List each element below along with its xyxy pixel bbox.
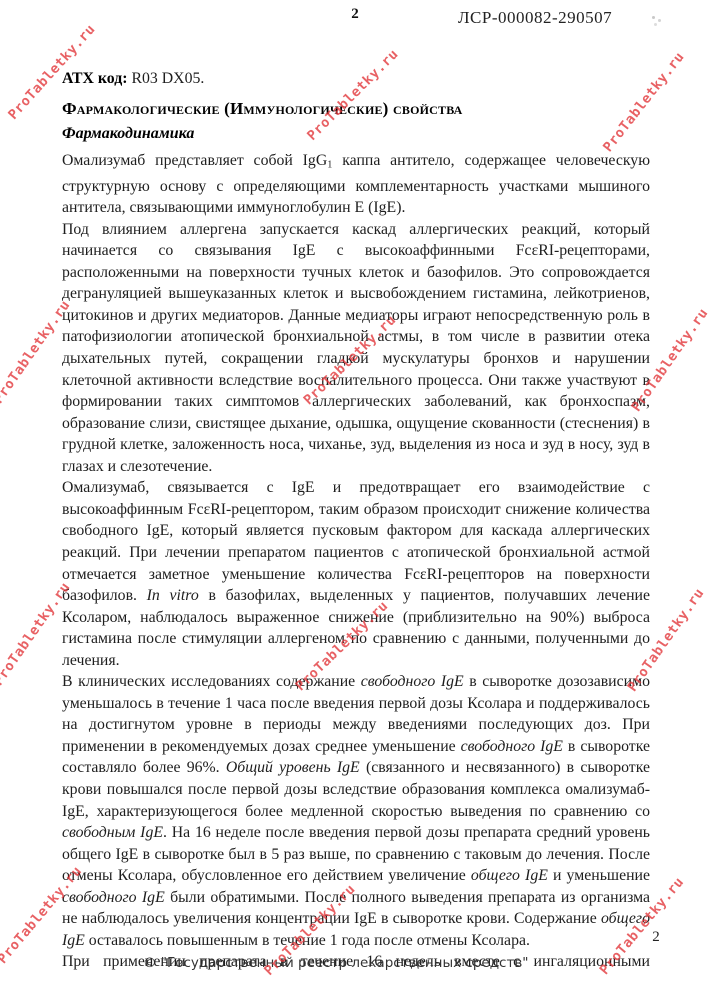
paragraph-clinical-studies: В клинических исследованиях содержание с… (62, 671, 650, 951)
subsection-heading-pharmacodynamics: Фармакодинамика (62, 124, 650, 144)
atc-code-line: АТХ код: R03 DX05. (62, 68, 650, 90)
section-heading-pharmacological-properties: Фармакологические (Иммунологические) сво… (62, 99, 650, 119)
paragraph-allergen-cascade: Под влиянием аллергена запускается каска… (62, 219, 650, 478)
footer-copyright: © "Государственный реестр лекарственных … (143, 955, 529, 971)
atc-code-label: АТХ код: (62, 70, 128, 87)
scan-artifact (652, 16, 655, 19)
document-body: АТХ код: R03 DX05. Фармакологические (Им… (62, 0, 650, 973)
page-number-bottom: 2 (646, 929, 666, 946)
atc-code-value: R03 DX05. (128, 70, 205, 87)
paragraph-omalizumab-structure: Омализумаб представляет собой IgG1 каппа… (62, 150, 650, 219)
paragraph-ige-binding: Омализумаб, связывается с IgE и предотвр… (62, 477, 650, 671)
document-page: ProTabletky.ru ProTabletky.ru ProTabletk… (0, 0, 712, 1000)
